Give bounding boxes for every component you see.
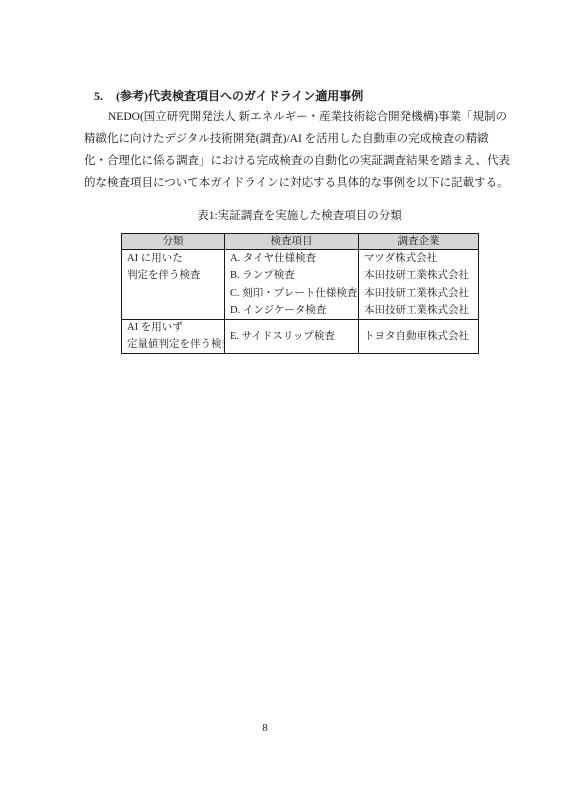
header-category: 分類 <box>122 234 225 250</box>
cell-line: 本田技研工業株式会社 <box>364 285 473 302</box>
header-company: 調査企業 <box>359 234 479 250</box>
paragraph-line: NEDO(国立研究開発法人 新エネルギー・産業技術総合開発機構)事業「規制の <box>84 106 508 128</box>
page-number: 8 <box>0 721 530 735</box>
cell-items: A. タイヤ仕様検査B. ランプ検査C. 刻印・プレート仕様検査D. インジケー… <box>225 250 359 320</box>
cell-companies: トヨタ自動車株式会社 <box>359 320 479 354</box>
cell-line: 本田技研工業株式会社 <box>364 267 473 284</box>
cell-line: A. タイヤ仕様検査 <box>230 250 353 267</box>
cell-line: D. インジケータ検査 <box>230 302 353 319</box>
paragraph-line: 的な検査項目について本ガイドラインに対応する具体的な事例を以下に記載する。 <box>84 172 508 194</box>
paragraph-line: 化・合理化に係る調査」における完成検査の自動化の実証調査結果を踏まえ、代表 <box>84 150 508 172</box>
table-row: AI を用いず定量値判定を伴う検査E. サイドスリップ検査トヨタ自動車株式会社 <box>122 320 479 354</box>
table-header-row: 分類 検査項目 調査企業 <box>122 234 479 250</box>
cell-line: 定量値判定を伴う検査 <box>127 337 219 354</box>
cell-line: 本田技研工業株式会社 <box>364 302 473 319</box>
header-item: 検査項目 <box>225 234 359 250</box>
cell-category: AI に用いた判定を伴う検査 <box>122 250 225 320</box>
cell-category: AI を用いず定量値判定を伴う検査 <box>122 320 225 354</box>
table-caption: 表1:実証調査を実施した検査項目の分類 <box>121 208 478 224</box>
paragraph-line: 精緻化に向けたデジタル技術開発(調査)/AI を活用した自動車の完成検査の精緻 <box>84 128 508 150</box>
cell-line: C. 刻印・プレート仕様検査 <box>230 285 353 302</box>
cell-line: AI を用いず <box>127 320 219 337</box>
cell-line: マツダ株式会社 <box>364 250 473 267</box>
cell-line: AI に用いた <box>127 250 219 267</box>
inspection-table: 分類 検査項目 調査企業 AI に用いた判定を伴う検査A. タイヤ仕様検査B. … <box>121 233 479 354</box>
document-page: 5.(参考)代表検査項目へのガイドライン適用事例 NEDO(国立研究開発法人 新… <box>0 0 566 800</box>
cell-line: E. サイドスリップ検査 <box>230 330 353 344</box>
cell-line: B. ランプ検査 <box>230 267 353 284</box>
section-number: 5. <box>94 89 103 103</box>
body-paragraph: NEDO(国立研究開発法人 新エネルギー・産業技術総合開発機構)事業「規制の精緻… <box>84 106 508 194</box>
cell-companies: マツダ株式会社本田技研工業株式会社本田技研工業株式会社本田技研工業株式会社 <box>359 250 479 320</box>
cell-items: E. サイドスリップ検査 <box>225 320 359 354</box>
table-row: AI に用いた判定を伴う検査A. タイヤ仕様検査B. ランプ検査C. 刻印・プレ… <box>122 250 479 320</box>
section-heading: 5.(参考)代表検査項目へのガイドライン適用事例 <box>94 88 363 104</box>
section-title: (参考)代表検査項目へのガイドライン適用事例 <box>116 89 363 103</box>
cell-line: 判定を伴う検査 <box>127 267 219 284</box>
cell-line: トヨタ自動車株式会社 <box>364 330 473 344</box>
